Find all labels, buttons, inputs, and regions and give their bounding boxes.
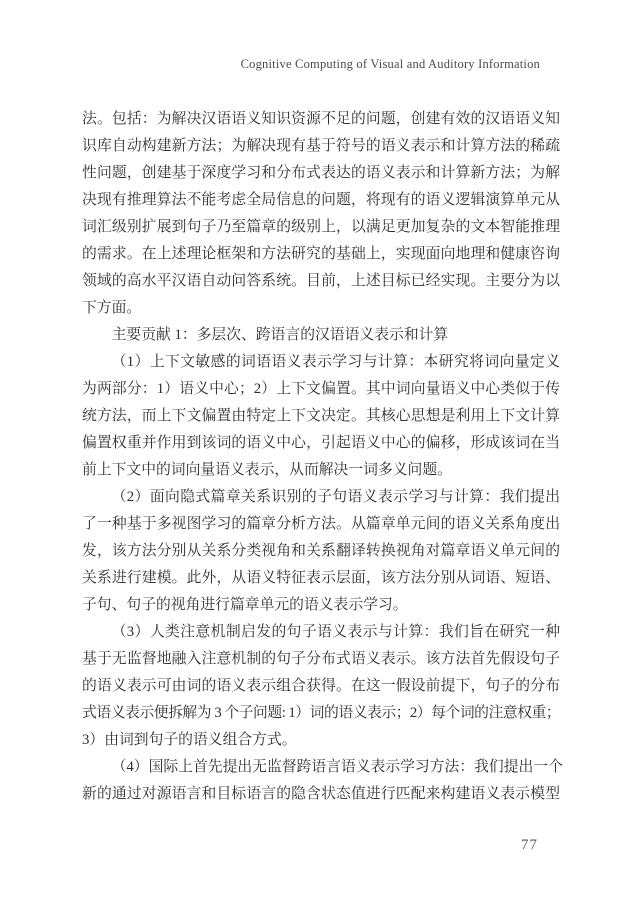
document-page: Cognitive Computing of Visual and Audito…	[0, 0, 643, 908]
text-line: 基于无监督地融入注意机制的句子分布式语义表示。该方法首先假设句子	[82, 646, 560, 673]
text-line: 前上下文中的词向量语义表示，从而解决一词多义问题。	[82, 457, 560, 484]
text-line: 式语义表示便拆解为 3 个子问题: 1）词的语义表示；2）每个词的注意权重；	[82, 700, 560, 727]
text-line: （4）国际上首先提出无监督跨语言语义表示学习方法：我们提出一个	[82, 754, 560, 781]
text-line: 统方法，而上下文偏置由特定上下文决定。其核心思想是利用上下文计算	[82, 403, 560, 430]
text-line: 识库自动构建新方法；为解决现有基于符号的语义表示和计算方法的稀疏	[82, 133, 560, 160]
page-number: 77	[521, 837, 538, 854]
text-line: 关系进行建模。此外，从语义特征表示层面，该方法分别从词语、短语、	[82, 565, 560, 592]
text-line: 领域的高水平汉语自动问答系统。目前，上述目标已经实现。主要分为以	[82, 268, 560, 295]
text-line: 了一种基于多视图学习的篇章分析方法。从篇章单元间的语义关系角度出	[82, 511, 560, 538]
text-line: 偏置权重并作用到该词的语义中心，引起语义中心的偏移，形成该词在当	[82, 430, 560, 457]
text-line: 决现有推理算法不能考虑全局信息的问题，将现有的语义逻辑演算单元从	[82, 187, 560, 214]
body-text: 法。包括：为解决汉语语义知识资源不足的问题，创建有效的汉语语义知 识库自动构建新…	[82, 106, 560, 808]
text-line: 发，该方法分别从关系分类视角和关系翻译转换视角对篇章语义单元间的	[82, 538, 560, 565]
text-line: 性问题，创建基于深度学习和分布式表达的语义表示和计算新方法；为解	[82, 160, 560, 187]
contribution-heading: 主要贡献 1：多层次、跨语言的汉语语义表示和计算	[82, 322, 560, 349]
text-line: 3）由词到句子的语义组合方式。	[82, 727, 560, 754]
text-line: 子句、句子的视角进行篇章单元的语义表示学习。	[82, 592, 560, 619]
text-line: 下方面。	[82, 295, 560, 322]
text-line: 为两部分：1）语义中心；2）上下文偏置。其中词向量语义中心类似于传	[82, 376, 560, 403]
running-header: Cognitive Computing of Visual and Audito…	[241, 57, 540, 71]
text-line: 新的通过对源语言和目标语言的隐含状态值进行匹配来构建语义表示模型	[82, 781, 560, 808]
text-line: （1）上下文敏感的词语语义表示学习与计算：本研究将词向量定义	[82, 349, 560, 376]
text-line: 法。包括：为解决汉语语义知识资源不足的问题，创建有效的汉语语义知	[82, 106, 560, 133]
text-line: （3）人类注意机制启发的句子语义表示与计算：我们旨在研究一种	[82, 619, 560, 646]
text-line: （2）面向隐式篇章关系识别的子句语义表示学习与计算：我们提出	[82, 484, 560, 511]
text-line: 的语义表示可由词的语义表示组合获得。在这一假设前提下，句子的分布	[82, 673, 560, 700]
text-line: 词汇级别扩展到句子乃至篇章的级别上，以满足更加复杂的文本智能推理	[82, 214, 560, 241]
text-line: 的需求。在上述理论框架和方法研究的基础上，实现面向地理和健康咨询	[82, 241, 560, 268]
